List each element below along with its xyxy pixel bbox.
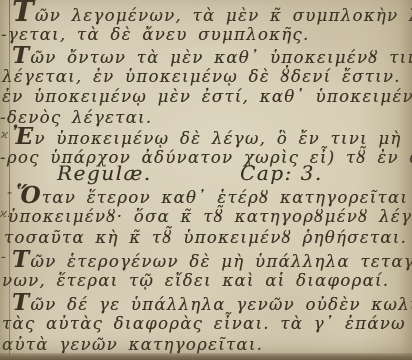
margin-mark: - bbox=[1, 251, 6, 263]
manuscript-line: Τῶν λεγομένων, τὰ μὲν κ̃ συμπλοκὴν λέ- bbox=[12, 1, 412, 26]
manuscript-line: ὑποκειμένȣ· ὅσα κ̃ τȣ̃ κατηγορȣμένȣ λέγε… bbox=[8, 206, 412, 227]
heading-regulae-label: Regulæ. bbox=[57, 161, 152, 185]
manuscript-line: Ὅταν ἕτερον καθ᾽ ἑτέρȣ κατηγορεῖται ὡς κ… bbox=[16, 185, 412, 208]
manuscript-page: Τῶν λεγομένων, τὰ μὲν κ̃ συμπλοκὴν λέ- -… bbox=[0, 0, 412, 360]
heading-chapter-label: Cap: 3. bbox=[240, 161, 323, 185]
bottom-page-edge bbox=[0, 353, 412, 360]
manuscript-line: λέγεται, ἐν ὑποκειμένῳ δὲ ȣ̓δενί ἔστιν. … bbox=[2, 66, 412, 87]
margin-mark: ϰ. bbox=[0, 208, 10, 220]
margin-mark: - bbox=[7, 186, 12, 198]
manuscript-line: τοσαῦτα κὴ κ̃ τȣ̃ ὑποκειμένȣ ῥηθήσεται. bbox=[4, 227, 407, 248]
margin-mark: ϰ bbox=[1, 129, 8, 141]
manuscript-line: Τῶν ἑτερογένων δὲ μὴ ὑπάλληλα τεταγμέ- bbox=[12, 249, 412, 272]
manuscript-line: νων, ἕτεραι τῷ εἴδει καὶ αἱ διαφοραί. bbox=[2, 270, 389, 291]
manuscript-line: ἐν ὑποκειμένῳ μὲν ἐστί, καθ᾽ ὑποκειμένȣ … bbox=[2, 86, 412, 107]
manuscript-line: -γεται, τὰ δὲ ἄνευ συμπλοκῆς. bbox=[1, 24, 310, 45]
manuscript-line: Ἐν ὑποκειμένῳ δὲ λέγω, ὃ ἔν τινι μὴ ὡς μ… bbox=[12, 126, 412, 149]
manuscript-line: τὰς αὐτὰς διαφορὰς εἶναι. τὰ γ᾽ ἐπάνω τῶ… bbox=[2, 313, 412, 334]
section-heading: Regulæ. Cap: 3. bbox=[0, 161, 412, 185]
manuscript-line: Τῶν ὄντων τὰ μὲν καθ᾽ ὑποκειμένȣ τινός, bbox=[12, 45, 412, 68]
manuscript-line: Τῶν δέ γε ὑπάλληλα γενῶν οὐδὲν κωλύει bbox=[12, 292, 412, 315]
manuscript-line: αὐτὰ γενῶν κατηγορεῖται. bbox=[2, 334, 263, 355]
